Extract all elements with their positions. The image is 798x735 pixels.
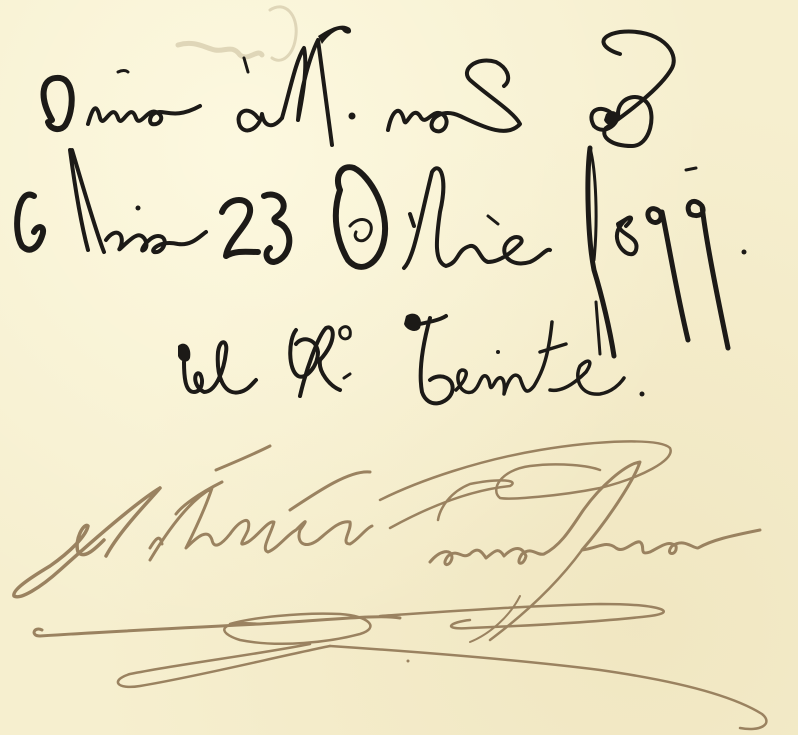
bleed-through-text — [178, 7, 296, 60]
handwriting-canvas — [0, 0, 798, 735]
signature-rubric — [34, 596, 766, 729]
handwriting-line-2 — [17, 148, 746, 356]
manuscript-page: Guia al Nº. ... de Gracia 23 Dbre 1899. … — [0, 0, 798, 735]
signature — [14, 441, 760, 640]
handwriting-line-3 — [178, 302, 645, 403]
handwriting-line-1 — [44, 26, 674, 146]
